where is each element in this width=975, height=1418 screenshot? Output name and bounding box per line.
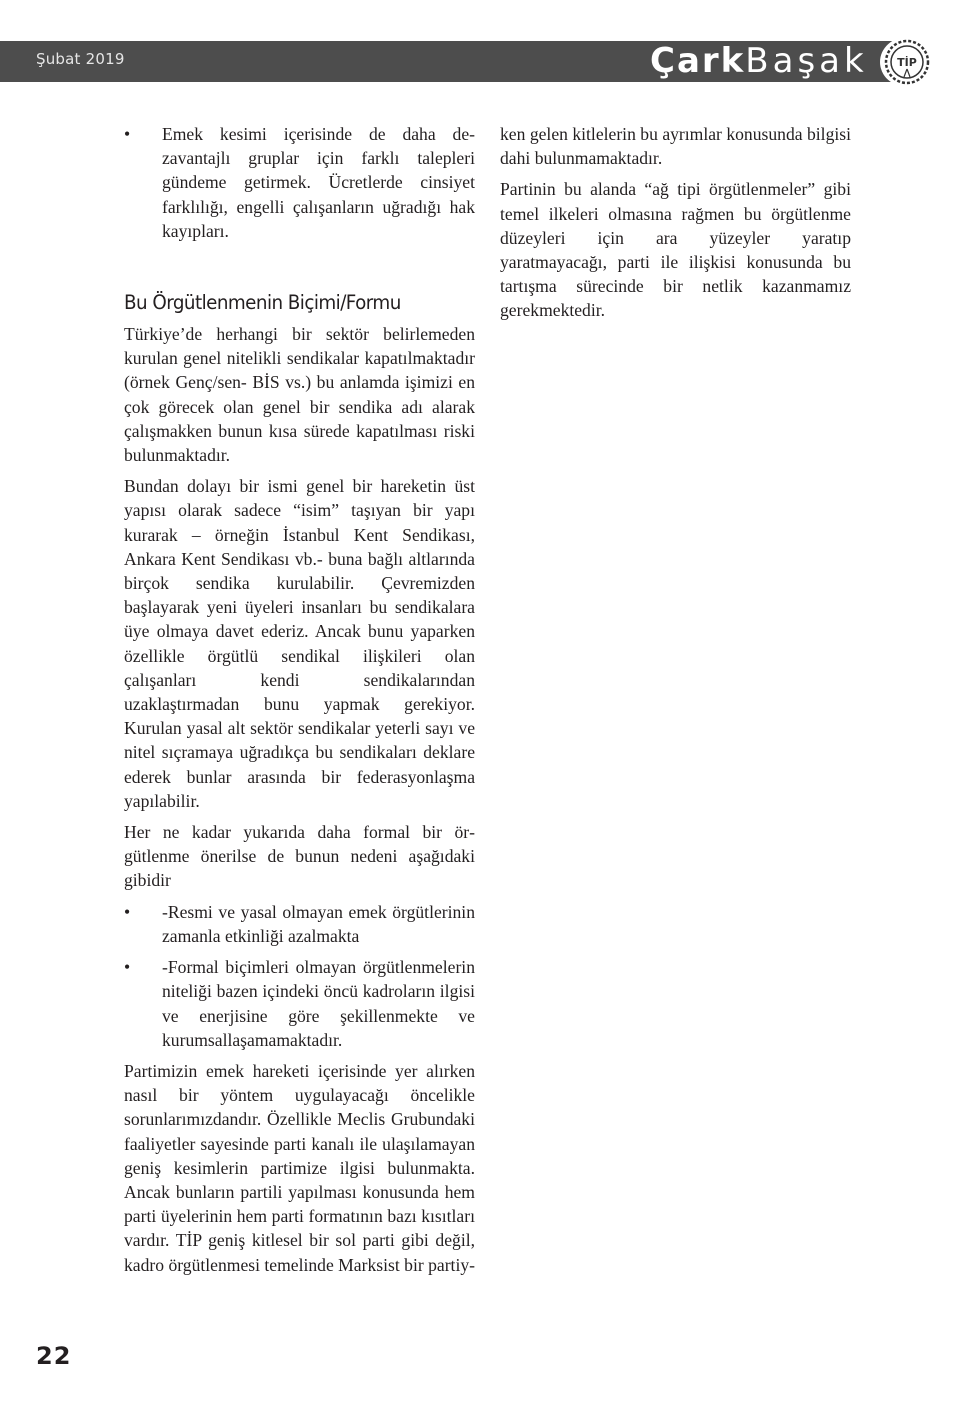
bullet-icon: • — [124, 122, 134, 146]
bullet-item: • -Formal biçimleri olmayan örgütlen­mel… — [124, 955, 475, 1052]
bullet-item: • -Resmi ve yasal olmayan emek örgütle­r… — [124, 900, 475, 948]
paragraph: Partinin bu alanda “ağ tipi örgütlenmele… — [500, 177, 851, 322]
bullet-text: Emek kesimi içerisinde de daha de­zavant… — [162, 124, 475, 241]
section-heading: Bu Örgütlenmenin Biçimi/Formu — [124, 290, 454, 316]
bullet-icon: • — [124, 955, 134, 979]
magazine-title-part1: Çark — [650, 41, 745, 81]
tip-party-emblem-icon: TİP — [880, 37, 934, 87]
magazine-title: ÇarkBaşak — [650, 40, 868, 82]
page-number: 22 — [36, 1342, 71, 1370]
bullet-icon: • — [124, 900, 134, 924]
paragraph: Partimizin emek hareketi içerisinde yer … — [124, 1059, 475, 1277]
paragraph: Türkiye’de herhangi bir sektör belirleme… — [124, 322, 475, 467]
bullet-text: -Resmi ve yasal olmayan emek örgütle­rin… — [162, 902, 475, 946]
paragraph: Her ne kadar yukarıda daha formal bir ör… — [124, 820, 475, 893]
magazine-title-part2: Başak — [745, 41, 867, 81]
paragraph: Bundan dolayı bir ismi genel bir hareket… — [124, 474, 475, 813]
paragraph: ken gelen kitlelerin bu ayrımlar konusun… — [500, 122, 851, 170]
bullet-text: -Formal biçimleri olmayan örgütlen­meler… — [162, 957, 475, 1050]
right-column: ken gelen kitlelerin bu ayrımlar konusun… — [500, 122, 851, 330]
logo-text: TİP — [897, 55, 917, 69]
bullet-item: • Emek kesimi içerisinde de daha de­zava… — [124, 122, 475, 243]
issue-date: Şubat 2019 — [36, 50, 125, 68]
left-column: • Emek kesimi içerisinde de daha de­zava… — [124, 122, 475, 1284]
